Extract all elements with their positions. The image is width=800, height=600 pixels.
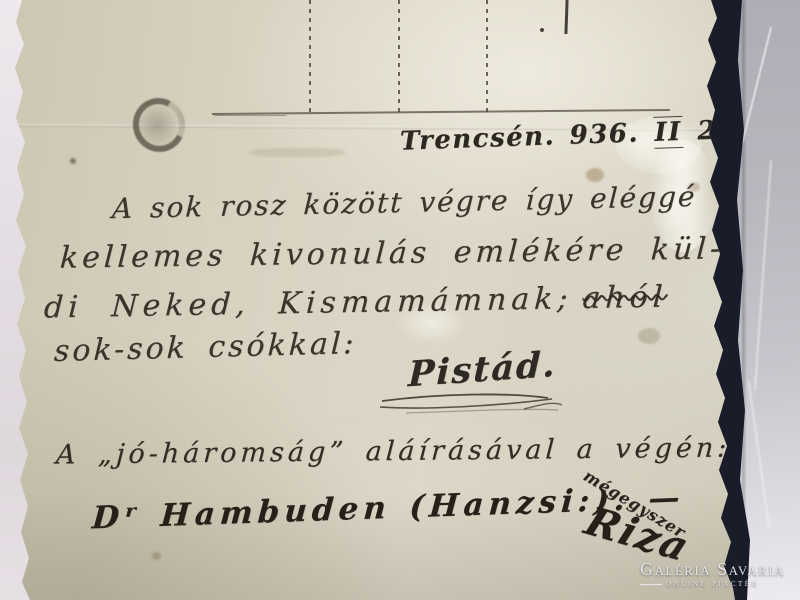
signature-pistad: Pistád. [407, 344, 557, 396]
paper-crease [754, 160, 772, 390]
ink-stroke [564, 0, 568, 34]
paper-stain [586, 168, 604, 182]
paper-shadow-edge [742, 0, 745, 600]
paper-crease [748, 381, 771, 530]
postcard-photo: Trencsén. 936. II 2. A sok rosz között v… [0, 0, 800, 600]
dotted-divider-line [486, 0, 488, 113]
paper-stain [152, 552, 161, 560]
dateline-place-year: Trencsén. 936. [400, 118, 640, 156]
paper-crease [734, 27, 772, 173]
paper-stain [638, 328, 660, 344]
handwritten-line-1: A sok rosz között végre így eléggé [111, 180, 697, 225]
dotted-divider-line [398, 0, 400, 113]
stamp-mark-icon [126, 91, 192, 158]
postcard-paper: Trencsén. 936. II 2. A sok rosz között v… [0, 0, 800, 600]
paper-stain [70, 158, 76, 164]
line-3-text: di Neked, Kismamámnak; [43, 281, 573, 325]
postscript-line: A „jó-háromság” aláírásával a végén: [55, 432, 731, 470]
dotted-divider-line [309, 0, 311, 113]
watermark-subtitle-text: online piactér [666, 580, 759, 590]
ink-dot [540, 28, 544, 32]
paper-fold-line [300, 418, 560, 420]
handwritten-line-2: kellemes kivonulás emlékére kül- [59, 231, 725, 275]
watermark-rule-right [763, 584, 785, 585]
watermark-title: Galéria Savaria [640, 560, 785, 578]
handwritten-line-4: sok-sok csókkal: [53, 326, 357, 369]
signature-flourish [376, 392, 571, 418]
backdrop-paper-right [730, 0, 800, 600]
dateline-roman-numeral: II [653, 116, 683, 149]
watermark: Galéria Savaria online piactér [640, 560, 785, 590]
horizontal-rule-line [212, 109, 670, 115]
dateline-day: 2. [697, 115, 728, 146]
paper-stain [250, 148, 345, 157]
watermark-subtitle: online piactér [640, 580, 785, 590]
watermark-rule-left [640, 584, 662, 585]
handwritten-line-3: di Neked, Kismamámnak;ahól [43, 280, 668, 326]
horizontal-rule-line [214, 115, 286, 116]
crossed-out-word: ahól [582, 280, 669, 317]
